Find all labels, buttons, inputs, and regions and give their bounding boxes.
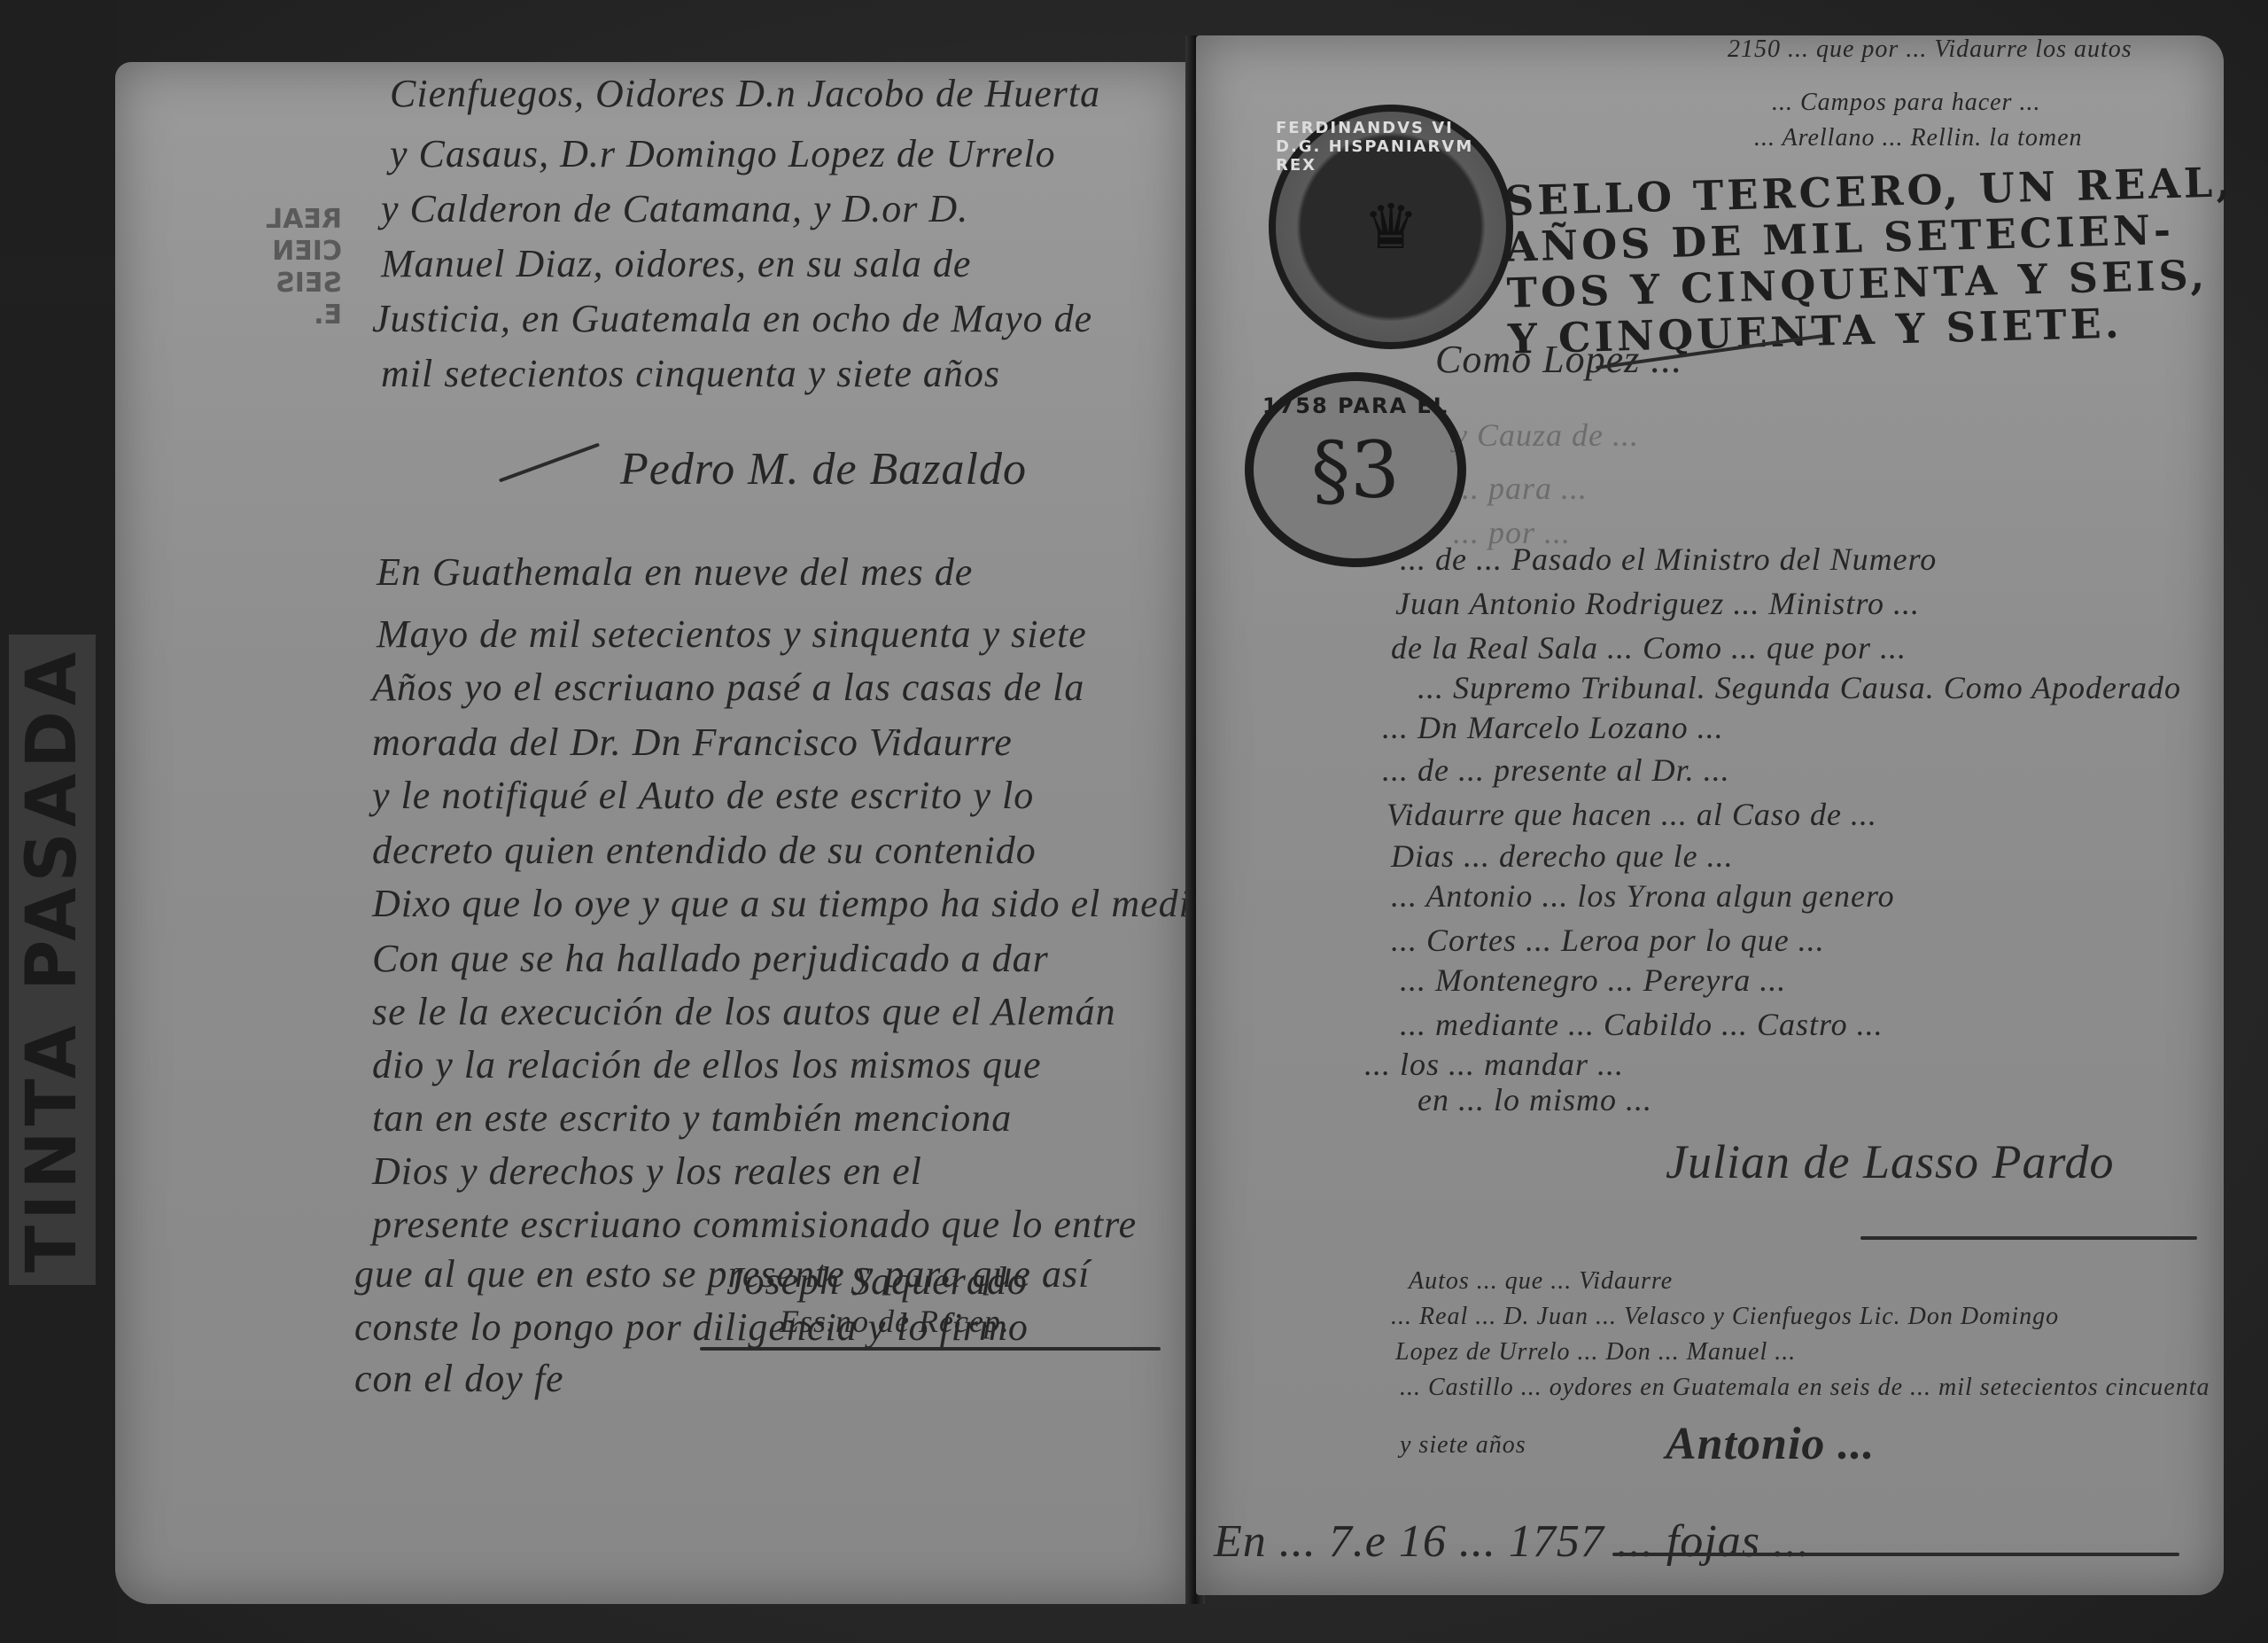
bleed-line: E.: [266, 300, 342, 331]
handwritten-line: Manuel Diaz, oidores, en su sala de: [381, 241, 971, 286]
handwritten-line: Mayo de mil setecientos y sinquenta y si…: [377, 611, 1087, 657]
handwritten-note: ... Arellano ... Rellin. la tomen: [1754, 124, 2083, 152]
handwritten-line: Juan Antonio Rodriguez ... Ministro ...: [1395, 585, 1920, 622]
handwritten-line: tan en este escrito y también menciona: [372, 1095, 1012, 1141]
handwritten-line: presente escriuano commisionado que lo e…: [372, 1202, 1137, 1247]
revalidation-stamp: 1758 PARA EL §3: [1245, 372, 1466, 567]
handwritten-line: Dios y derechos y los reales en el: [372, 1149, 922, 1194]
bleed-line: CIEN: [266, 236, 342, 268]
handwritten-line: dio y la relación de ellos los mismos qu…: [372, 1042, 1042, 1087]
signature-julian-lasso-pardo: Julian de Lasso Pardo: [1666, 1134, 2115, 1189]
royal-seal: FERDINANDVS VI D.G. HISPANIARVM REX ♛: [1269, 105, 1513, 349]
faded-line: y Cauza de ...: [1453, 417, 1639, 454]
handwritten-note: 2150 ... que por ... Vidaurre los autos: [1728, 35, 2132, 64]
signature-lower: Antonio ...: [1666, 1418, 1875, 1470]
handwritten-line: Dias ... derecho que le ...: [1391, 837, 1734, 875]
bleed-through-text: REAL CIEN SEIS E.: [266, 204, 342, 331]
handwritten-line: ... de ... presente al Dr. ...: [1382, 751, 1730, 789]
bottom-annotation-line: En ... 7.e 16 ... 1757 ... fojas ...: [1214, 1515, 1810, 1568]
handwritten-line: ... Dn Marcelo Lozano ...: [1382, 709, 1724, 746]
signature-underline: [700, 1347, 1161, 1351]
faded-line: ... para ...: [1453, 470, 1588, 507]
side-label-tinta-pasada: TINTA PASADA: [9, 635, 96, 1285]
handwritten-line: y Casaus, D.r Domingo Lopez de Urrelo: [390, 131, 1056, 176]
handwritten-line: Vidaurre que hacen ... al Caso de ...: [1386, 796, 1877, 833]
handwritten-line: Lopez de Urrelo ... Don ... Manuel ...: [1395, 1338, 1796, 1367]
stamp-legend: 1758 PARA EL: [1262, 393, 1449, 418]
handwritten-line: ... Supremo Tribunal. Segunda Causa. Com…: [1417, 669, 2181, 706]
stamped-paper-header: SELLO TERCERO, UN REAL, AÑOS DE MIL SETE…: [1503, 159, 2238, 362]
seal-legend: FERDINANDVS VI D.G. HISPANIARVM REX: [1276, 119, 1506, 175]
handwritten-line: Justicia, en Guatemala en ocho de Mayo d…: [372, 296, 1092, 341]
strike-stroke: [1612, 1553, 2179, 1556]
bleed-line: SEIS: [266, 268, 342, 300]
handwritten-line: y le notifiqué el Auto de este escrito y…: [372, 773, 1034, 818]
crowned-coat-of-arms-icon: ♛: [1363, 191, 1419, 264]
handwritten-line: Dixo que lo oye y que a su tiempo ha sid…: [372, 881, 1211, 926]
handwritten-line: con el doy fe: [354, 1356, 564, 1401]
handwritten-line: Cienfuegos, Oidores D.n Jacobo de Huerta: [390, 71, 1100, 116]
signature-name: Joseph Saquerado: [726, 1258, 1028, 1304]
handwritten-line: ... los ... mandar ...: [1364, 1046, 1624, 1083]
handwritten-line: ... Cortes ... Leroa por lo que ...: [1391, 922, 1825, 959]
signature-underline: [1860, 1236, 2197, 1240]
handwritten-line: ... mediante ... Cabildo ... Castro ...: [1400, 1006, 1884, 1043]
handwritten-line: Autos ... que ... Vidaurre: [1409, 1267, 1673, 1296]
handwritten-line: Con que se ha hallado perjudicado a dar: [372, 936, 1049, 981]
handwritten-note: ... Campos para hacer ...: [1772, 89, 2040, 117]
section-mark-icon: §3: [1311, 424, 1400, 516]
handwritten-line: morada del Dr. Dn Francisco Vidaurre: [372, 720, 1013, 765]
handwritten-line: se le la execución de los autos que el A…: [372, 989, 1116, 1034]
handwritten-line: mil setecientos cinquenta y siete años: [381, 351, 1000, 396]
signature-pedro-bazaldo: Pedro M. de Bazaldo: [620, 443, 1027, 495]
handwritten-line: y Calderon de Catamana, y D.or D.: [381, 186, 968, 231]
handwritten-line: en ... lo mismo ...: [1417, 1081, 1652, 1118]
handwritten-line: Años yo el escriuano pasé a las casas de…: [372, 665, 1084, 710]
signature-title: Ess.no de Recep.: [780, 1303, 1010, 1340]
handwritten-line: ... Montenegro ... Pereyra ...: [1400, 962, 1786, 999]
handwritten-line: ... Castillo ... oydores en Guatemala en…: [1400, 1374, 2210, 1402]
handwritten-line: y siete años: [1400, 1431, 1526, 1460]
handwritten-line: decreto quien entendido de su contenido: [372, 828, 1037, 873]
handwritten-line: ... Antonio ... los Yrona algun genero: [1391, 877, 1895, 915]
bleed-line: REAL: [266, 204, 342, 236]
handwritten-line: ... de ... Pasado el Ministro del Numero: [1400, 541, 1937, 578]
handwritten-line: de la Real Sala ... Como ... que por ...: [1391, 629, 1907, 666]
handwritten-line: En Guathemala en nueve del mes de: [377, 549, 973, 595]
handwritten-line: ... Real ... D. Juan ... Velasco y Cienf…: [1391, 1303, 2059, 1331]
